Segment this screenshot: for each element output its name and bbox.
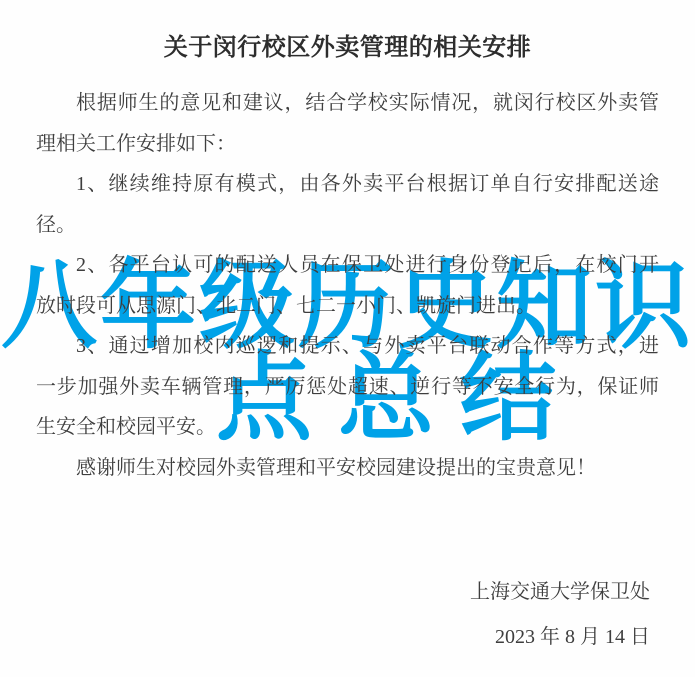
date: 2023 年 8 月 14 日	[36, 615, 650, 660]
document-paragraphs: 根据师生的意见和建议，结合学校实际情况，就闵行校区外卖管 理相关工作安排如下： …	[36, 83, 659, 488]
paragraph: 1、继续维持原有模式，由各外卖平台根据订单自行安排配送途 径。	[36, 164, 659, 245]
paragraph: 2、各平台认可的配送人员在保卫处进行身份登记后，在校门开 放时段可从思源门、北二…	[36, 245, 659, 326]
paragraph-line: 3、通过增加校内巡逻和提示、与外卖平台联动合作等方式，进	[36, 326, 659, 367]
signature-block: 上海交通大学保卫处 2023 年 8 月 14 日	[36, 570, 659, 660]
paragraph-line: 2、各平台认可的配送人员在保卫处进行身份登记后，在校门开	[36, 245, 659, 286]
paragraph-line: 放时段可从思源门、北二门、七二一小门、凯旋门进出。	[36, 286, 659, 327]
paragraph-line: 感谢师生对校园外卖管理和平安校园建设提出的宝贵意见！	[36, 448, 659, 489]
document-body: 关于闵行校区外卖管理的相关安排 根据师生的意见和建议，结合学校实际情况，就闵行校…	[0, 27, 695, 660]
document-page: 八年级历史知识 点总结 关于闵行校区外卖管理的相关安排 根据师生的意见和建议，结…	[0, 0, 695, 677]
paragraph-line: 1、继续维持原有模式，由各外卖平台根据订单自行安排配送途	[36, 164, 659, 205]
paragraph-line: 生安全和校园平安。	[36, 407, 659, 448]
paragraph: 3、通过增加校内巡逻和提示、与外卖平台联动合作等方式，进 一步加强外卖车辆管理，…	[36, 326, 659, 448]
paragraph: 根据师生的意见和建议，结合学校实际情况，就闵行校区外卖管 理相关工作安排如下：	[36, 83, 659, 164]
paragraph-line: 根据师生的意见和建议，结合学校实际情况，就闵行校区外卖管	[36, 83, 659, 124]
signature: 上海交通大学保卫处	[36, 570, 650, 615]
paragraph-line: 理相关工作安排如下：	[36, 124, 659, 165]
paragraph: 感谢师生对校园外卖管理和平安校园建设提出的宝贵意见！	[36, 448, 659, 489]
paragraph-line: 一步加强外卖车辆管理，严厉惩处超速、逆行等不安全行为，保证师	[36, 367, 659, 408]
paragraph-line: 径。	[36, 205, 659, 246]
document-title: 关于闵行校区外卖管理的相关安排	[36, 27, 659, 62]
